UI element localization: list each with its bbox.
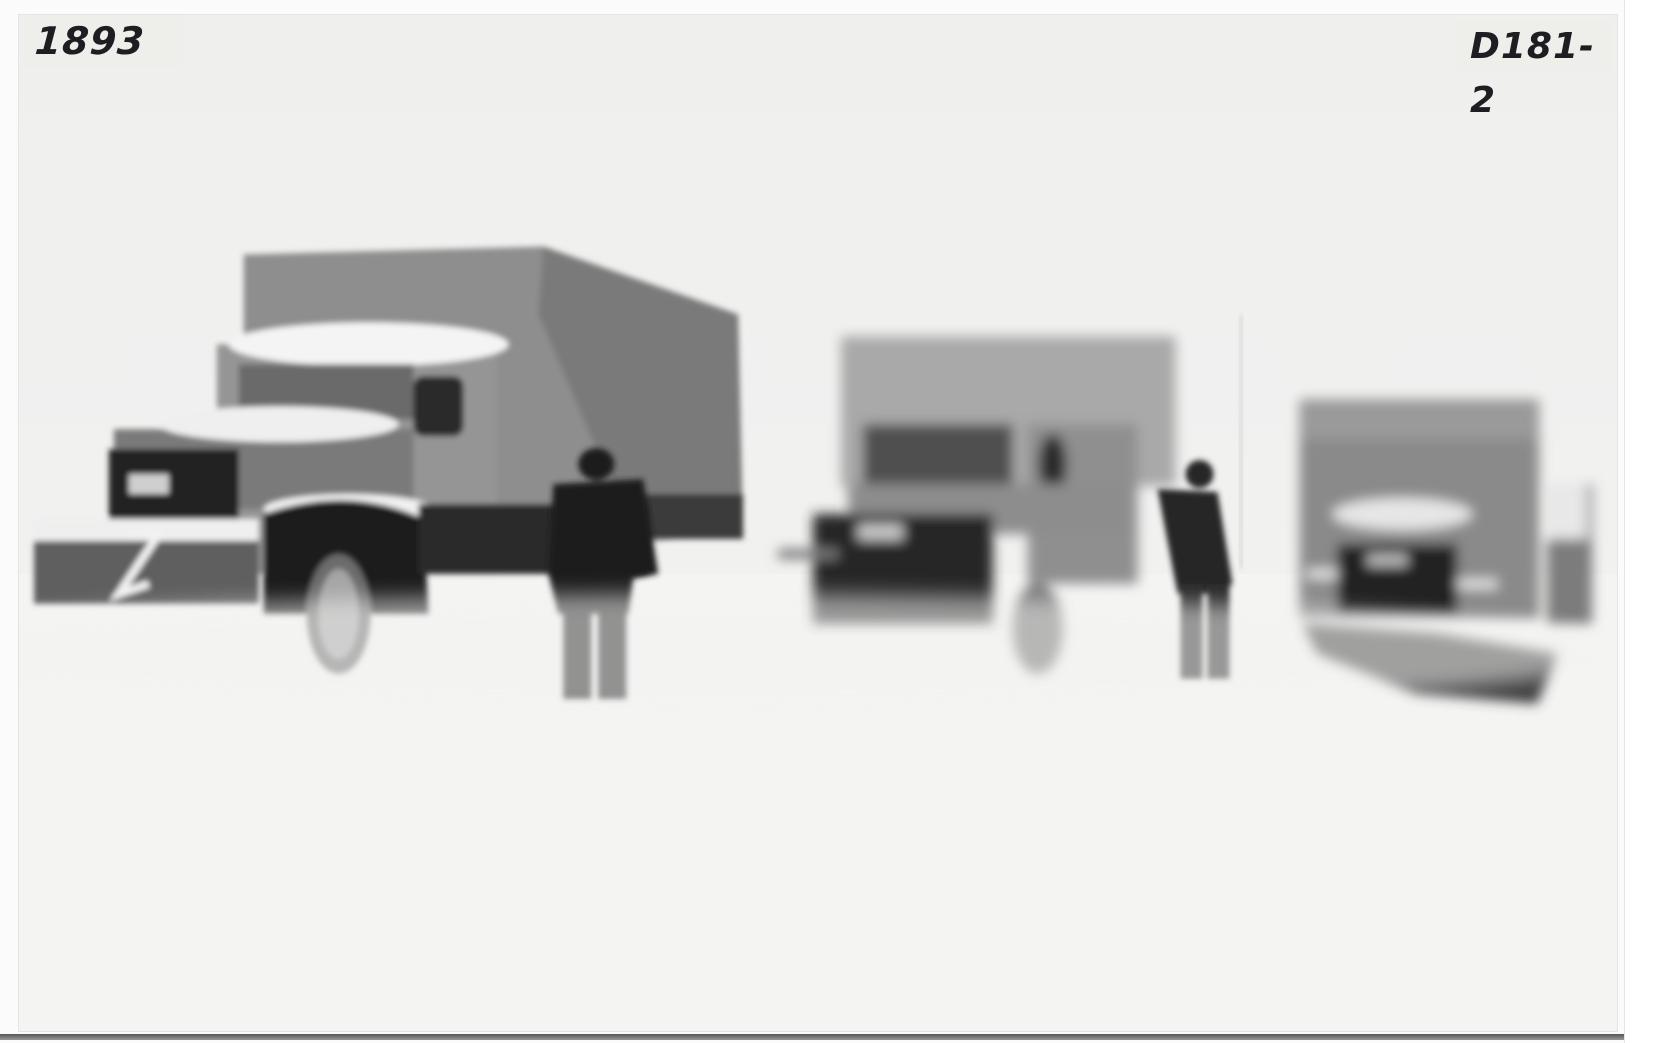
archival-photograph xyxy=(18,14,1618,1032)
pole xyxy=(1239,314,1242,568)
scanned-photo-page: 1893 D181-2 xyxy=(0,0,1658,1043)
scan-margin xyxy=(1624,0,1658,1043)
catalog-number-label: 1893 xyxy=(23,15,185,67)
scan-edge-shadow xyxy=(0,1034,1624,1040)
photo-scene xyxy=(19,15,1617,1031)
archive-id-label: D181-2 xyxy=(1456,20,1612,74)
